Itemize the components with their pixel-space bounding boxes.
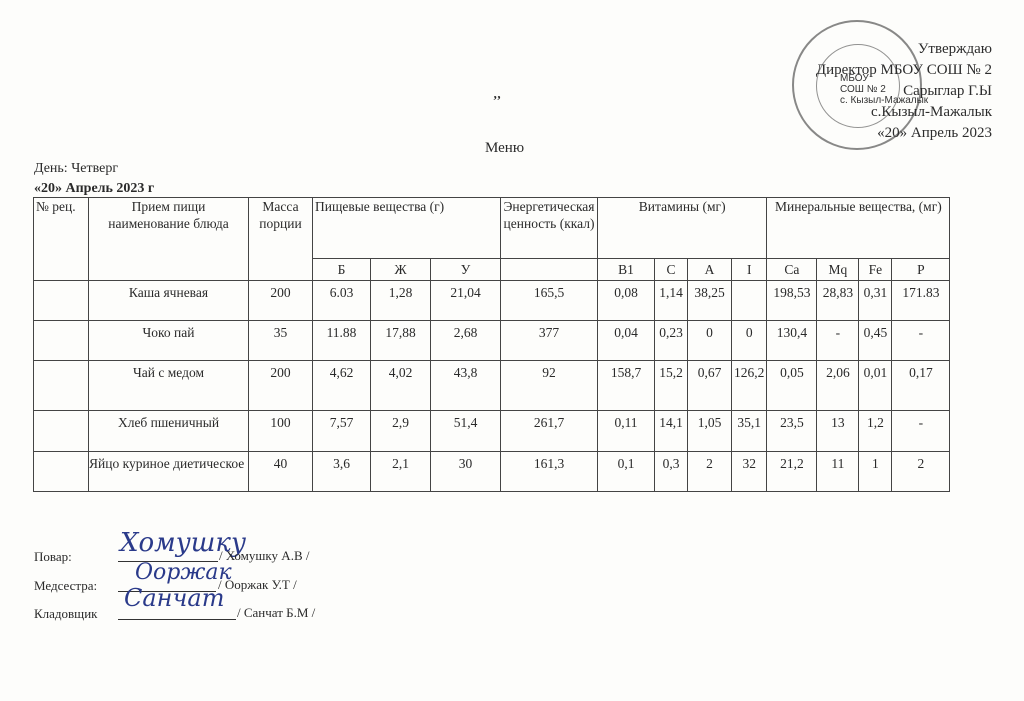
- subheader-c: C: [655, 259, 688, 281]
- cell-zh: 1,28: [371, 281, 431, 321]
- subheader-mq: Mq: [817, 259, 859, 281]
- cell-b1: 158,7: [598, 361, 655, 411]
- role-label: Повар:: [34, 549, 72, 564]
- cell-c: 0,23: [655, 321, 688, 361]
- cell-mass: 100: [249, 411, 313, 452]
- stray-mark: ‚,: [493, 86, 501, 102]
- cell-mq: 11: [817, 452, 859, 492]
- cell-fe: 0,45: [859, 321, 892, 361]
- cell-u: 2,68: [431, 321, 501, 361]
- subheader-i: I: [732, 259, 767, 281]
- subheader-a: A: [688, 259, 732, 281]
- subheader-b: Б: [313, 259, 371, 281]
- cell-mass: 200: [249, 361, 313, 411]
- cell-mq: 2,06: [817, 361, 859, 411]
- cell-rec: [34, 361, 89, 411]
- cell-fe: 0,31: [859, 281, 892, 321]
- cell-name: Хлеб пшеничный: [89, 411, 249, 452]
- signature-nurse: Медсестра:: [34, 577, 97, 595]
- cell-i: [732, 281, 767, 321]
- cell-p: -: [892, 411, 950, 452]
- menu-table: № рец. Прием пищи наименование блюда Мас…: [33, 197, 950, 492]
- table-row: Каша ячневая2006.031,2821,04165,50,081,1…: [34, 281, 950, 321]
- header-energy: Энергетическая ценность (ккал): [501, 198, 598, 259]
- person-name: / Ооржак У.Т /: [218, 577, 297, 593]
- subheader-zh: Ж: [371, 259, 431, 281]
- cell-c: 15,2: [655, 361, 688, 411]
- cell-rec: [34, 281, 89, 321]
- cell-zh: 17,88: [371, 321, 431, 361]
- cell-name: Каша ячневая: [89, 281, 249, 321]
- cell-ca: 23,5: [767, 411, 817, 452]
- header-rec-no: № рец.: [34, 198, 89, 281]
- cell-u: 51,4: [431, 411, 501, 452]
- cell-ca: 198,53: [767, 281, 817, 321]
- cell-energy: 165,5: [501, 281, 598, 321]
- cell-name: Чоко пай: [89, 321, 249, 361]
- cell-energy: 261,7: [501, 411, 598, 452]
- cell-b: 3,6: [313, 452, 371, 492]
- cell-b1: 0,11: [598, 411, 655, 452]
- cell-mass: 35: [249, 321, 313, 361]
- approval-line: «20» Апрель 2023: [816, 123, 992, 144]
- cell-u: 30: [431, 452, 501, 492]
- cell-c: 14,1: [655, 411, 688, 452]
- cell-u: 43,8: [431, 361, 501, 411]
- cell-energy: 161,3: [501, 452, 598, 492]
- cell-name: Чай с медом: [89, 361, 249, 411]
- cell-b: 11.88: [313, 321, 371, 361]
- cell-i: 32: [732, 452, 767, 492]
- approval-line: с.Кызыл-Мажалык: [816, 102, 992, 123]
- cell-rec: [34, 321, 89, 361]
- cell-p: 171.83: [892, 281, 950, 321]
- subheader-energy-empty: [501, 259, 598, 281]
- person-name: / Санчат Б.М /: [237, 605, 315, 621]
- cell-ca: 21,2: [767, 452, 817, 492]
- cell-a: 38,25: [688, 281, 732, 321]
- approval-block: Утверждаю Директор МБОУ СОШ № 2 Сарыглар…: [816, 39, 992, 144]
- cell-b1: 0,1: [598, 452, 655, 492]
- subheader-b1: B1: [598, 259, 655, 281]
- approval-line: Сарыглар Г.Ы: [816, 81, 992, 102]
- cell-a: 0: [688, 321, 732, 361]
- subheader-ca: Ca: [767, 259, 817, 281]
- approval-line: Директор МБОУ СОШ № 2: [816, 60, 992, 81]
- cell-energy: 92: [501, 361, 598, 411]
- cell-fe: 1,2: [859, 411, 892, 452]
- role-label: Кладовщик: [34, 606, 97, 621]
- cell-rec: [34, 411, 89, 452]
- role-label: Медсестра:: [34, 578, 97, 593]
- header-minerals: Минеральные вещества, (мг): [767, 198, 950, 259]
- cell-name: Яйцо куриное диетическое: [89, 452, 249, 492]
- table-row: Яйцо куриное диетическое403,62,130161,30…: [34, 452, 950, 492]
- header-nutrients: Пищевые вещества (г): [313, 198, 501, 259]
- cell-i: 126,2: [732, 361, 767, 411]
- approval-line: Утверждаю: [816, 39, 992, 60]
- cell-zh: 2,9: [371, 411, 431, 452]
- cell-zh: 4,02: [371, 361, 431, 411]
- cell-i: 35,1: [732, 411, 767, 452]
- table-row: Чоко пай3511.8817,882,683770,040,2300130…: [34, 321, 950, 361]
- cell-fe: 0,01: [859, 361, 892, 411]
- cell-ca: 130,4: [767, 321, 817, 361]
- header-meal-name: Прием пищи наименование блюда: [89, 198, 249, 281]
- cell-p: -: [892, 321, 950, 361]
- cell-a: 1,05: [688, 411, 732, 452]
- cell-ca: 0,05: [767, 361, 817, 411]
- header-mass: Масса порции: [249, 198, 313, 281]
- cell-fe: 1: [859, 452, 892, 492]
- signature-scribble: Санчат: [124, 584, 224, 612]
- cell-b1: 0,04: [598, 321, 655, 361]
- cell-b1: 0,08: [598, 281, 655, 321]
- cell-a: 2: [688, 452, 732, 492]
- cell-a: 0,67: [688, 361, 732, 411]
- header-vitamins: Витамины (мг): [598, 198, 767, 259]
- cell-mq: 13: [817, 411, 859, 452]
- person-name: / Хомушку А.В /: [219, 548, 309, 564]
- cell-p: 2: [892, 452, 950, 492]
- table-row: Чай с медом2004,624,0243,892158,715,20,6…: [34, 361, 950, 411]
- cell-energy: 377: [501, 321, 598, 361]
- date-label: «20» Апрель 2023 г: [34, 181, 154, 197]
- page-title: Меню: [485, 140, 524, 157]
- cell-mass: 40: [249, 452, 313, 492]
- day-label: День: Четверг: [34, 161, 118, 177]
- cell-mq: 28,83: [817, 281, 859, 321]
- signature-storekeeper: Кладовщик: [34, 605, 97, 623]
- cell-i: 0: [732, 321, 767, 361]
- table-row: Хлеб пшеничный1007,572,951,4261,70,1114,…: [34, 411, 950, 452]
- cell-u: 21,04: [431, 281, 501, 321]
- cell-c: 1,14: [655, 281, 688, 321]
- cell-p: 0,17: [892, 361, 950, 411]
- cell-zh: 2,1: [371, 452, 431, 492]
- cell-b: 6.03: [313, 281, 371, 321]
- cell-b: 7,57: [313, 411, 371, 452]
- cell-mq: -: [817, 321, 859, 361]
- subheader-p: P: [892, 259, 950, 281]
- cell-rec: [34, 452, 89, 492]
- subheader-fe: Fe: [859, 259, 892, 281]
- signature-cook: Повар:: [34, 548, 72, 566]
- cell-c: 0,3: [655, 452, 688, 492]
- subheader-u: У: [431, 259, 501, 281]
- cell-b: 4,62: [313, 361, 371, 411]
- cell-mass: 200: [249, 281, 313, 321]
